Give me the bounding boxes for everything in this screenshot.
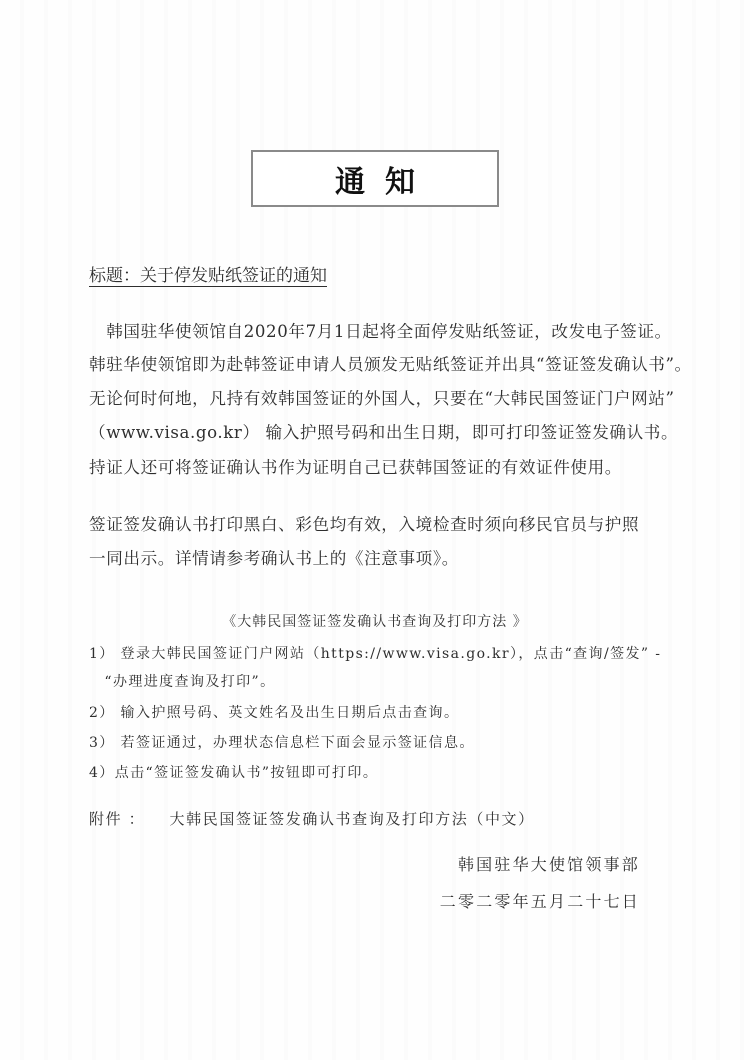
paragraph1-line-2: 韩驻华使领馆即为赴韩签证申请人员颁发无贴纸签证并出具“签证签发确认书”。 (89, 351, 692, 375)
attachment-text: 大韩民国签证签发确认书查询及打印方法（中文） (170, 810, 535, 828)
attachment-label: 附件 ： (89, 808, 145, 829)
method-heading: 《大韩民国签证签发确认书查询及打印方法 》 (0, 611, 750, 631)
attachment-line: 附件 ： 大韩民国签证签发确认书查询及打印方法（中文） (89, 808, 535, 829)
issuer-signature: 韩国驻华大使馆领事部 (458, 852, 640, 875)
step-1: 1） 登录大韩民国签证门户网站（https://www.visa.go.kr），… (89, 643, 661, 663)
issue-date: 二零二零年五月二十七日 (440, 889, 640, 912)
paragraph1-line-5: 持证人还可将签证确认书作为证明自己已获韩国签证的有效证件使用。 (89, 454, 622, 478)
paragraph1-line-3: 无论何时何地，凡持有效韩国签证的外国人，只要在“大韩民国签证门户网站” (89, 385, 675, 409)
paragraph1-line-1: 韩国驻华使领馆自2020年7月1日起将全面停发贴纸签证，改发电子签证。 (89, 318, 672, 342)
step-2: 2） 输入护照号码、英文姓名及出生日期后点击查询。 (89, 702, 459, 722)
notice-title-box: 通知 (251, 150, 499, 207)
paragraph1-line-4: （www.visa.go.kr） 输入护照号码和出生日期，即可打印签证签发确认书… (89, 419, 678, 443)
paragraph2-line-1: 签证签发确认书打印黑白、彩色均有效，入境检查时须向移民官员与护照 (89, 511, 639, 535)
subject-line: 标题：关于停发贴纸签证的通知 (89, 261, 327, 286)
step-1-continued: “办理进度查询及打印”。 (89, 671, 276, 691)
paragraph2-line-2: 一同出示。详情请参考确认书上的《注意事项》。 (89, 545, 459, 569)
step-3: 3） 若签证通过，办理状态信息栏下面会显示签证信息。 (89, 732, 475, 752)
step-4: 4）点击“签证签发确认书”按钮即可打印。 (89, 762, 378, 782)
document-page: 通知 标题：关于停发贴纸签证的通知 韩国驻华使领馆自2020年7月1日起将全面停… (0, 0, 750, 1060)
notice-title: 通知 (335, 157, 435, 201)
